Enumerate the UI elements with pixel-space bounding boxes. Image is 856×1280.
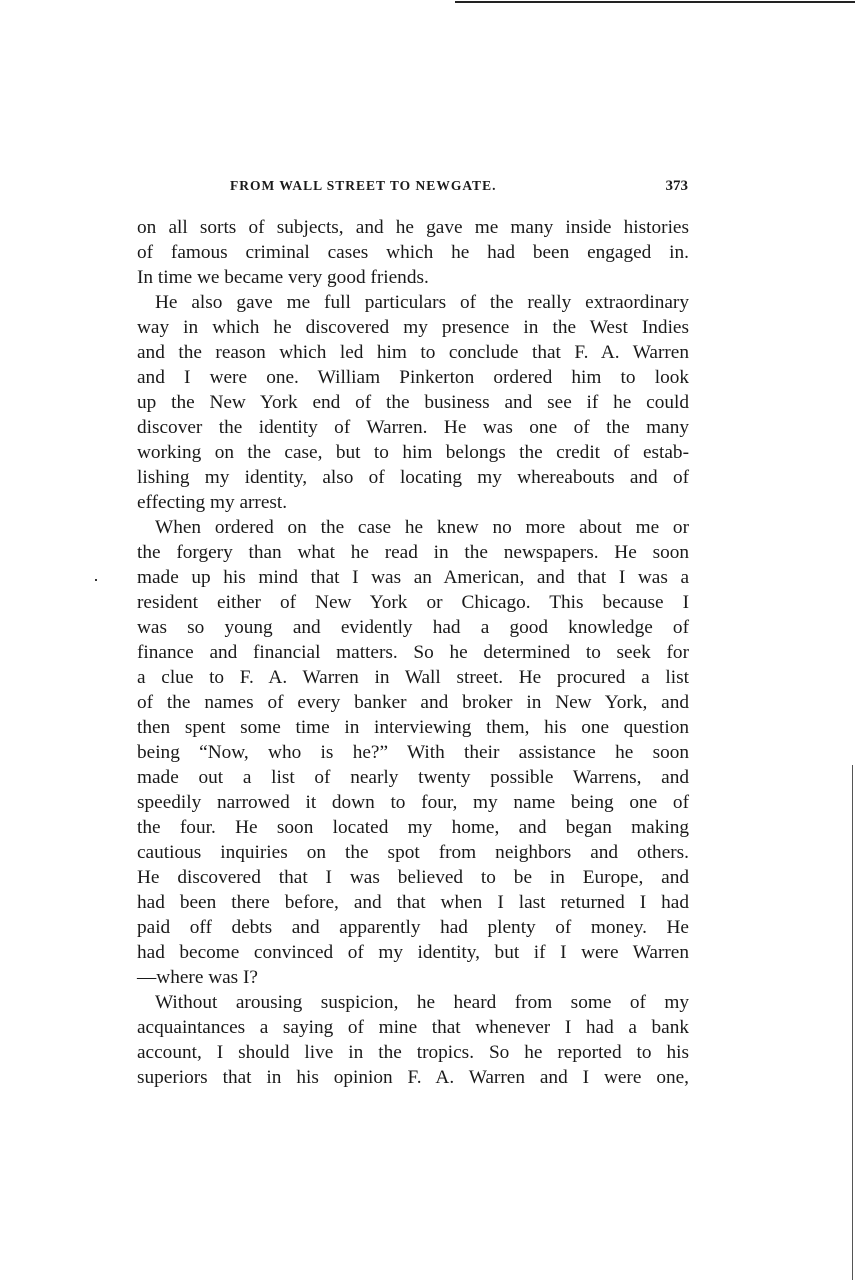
text-line: the four. He soon located my home, and b…	[137, 815, 689, 840]
text-line: cautious inquiries on the spot from neig…	[137, 840, 689, 865]
text-line: He also gave me full particulars of the …	[137, 290, 689, 315]
paragraph: on all sorts of subjects, and he gave me…	[137, 215, 689, 290]
paragraph: Without arousing suspicion, he heard fro…	[137, 990, 689, 1090]
scan-edge-line	[852, 765, 853, 1280]
text-line: He discovered that I was believed to be …	[137, 865, 689, 890]
scan-speck	[95, 579, 97, 581]
text-line: working on the case, but to him belongs …	[137, 440, 689, 465]
text-line: —where was I?	[137, 965, 689, 990]
text-line: had been there before, and that when I l…	[137, 890, 689, 915]
text-line: When ordered on the case he knew no more…	[137, 515, 689, 540]
text-line: acquaintances a saying of mine that when…	[137, 1015, 689, 1040]
text-line: being “Now, who is he?” With their assis…	[137, 740, 689, 765]
text-line: effecting my arrest.	[137, 490, 689, 515]
text-line: resident either of New York or Chicago. …	[137, 590, 689, 615]
text-line: up the New York end of the business and …	[137, 390, 689, 415]
running-head-title: FROM WALL STREET TO NEWGATE.	[230, 178, 496, 194]
text-line: of the names of every banker and broker …	[137, 690, 689, 715]
text-line: and the reason which led him to conclude…	[137, 340, 689, 365]
text-line: discover the identity of Warren. He was …	[137, 415, 689, 440]
text-line: Without arousing suspicion, he heard fro…	[137, 990, 689, 1015]
text-line: of famous criminal cases which he had be…	[137, 240, 689, 265]
text-line: account, I should live in the tropics. S…	[137, 1040, 689, 1065]
paragraph: When ordered on the case he knew no more…	[137, 515, 689, 990]
text-line: speedily narrowed it down to four, my na…	[137, 790, 689, 815]
text-line: lishing my identity, also of locating my…	[137, 465, 689, 490]
text-line: finance and financial matters. So he det…	[137, 640, 689, 665]
text-line: had become convinced of my identity, but…	[137, 940, 689, 965]
text-line: made out a list of nearly twenty possibl…	[137, 765, 689, 790]
page-number: 373	[666, 178, 689, 195]
scan-edge-rule	[455, 1, 855, 3]
text-line: paid off debts and apparently had plenty…	[137, 915, 689, 940]
text-line: a clue to F. A. Warren in Wall street. H…	[137, 665, 689, 690]
text-line: on all sorts of subjects, and he gave me…	[137, 215, 689, 240]
text-line: and I were one. William Pinkerton ordere…	[137, 365, 689, 390]
paragraph: He also gave me full particulars of the …	[137, 290, 689, 515]
text-line: superiors that in his opinion F. A. Warr…	[137, 1065, 689, 1090]
text-line: the forgery than what he read in the new…	[137, 540, 689, 565]
text-line: made up his mind that I was an American,…	[137, 565, 689, 590]
text-line: In time we became very good friends.	[137, 265, 689, 290]
text-line: way in which he discovered my presence i…	[137, 315, 689, 340]
page-body: on all sorts of subjects, and he gave me…	[137, 215, 689, 1090]
text-line: was so young and evidently had a good kn…	[137, 615, 689, 640]
text-line: then spent some time in interviewing the…	[137, 715, 689, 740]
running-header: FROM WALL STREET TO NEWGATE. 373	[230, 178, 688, 200]
